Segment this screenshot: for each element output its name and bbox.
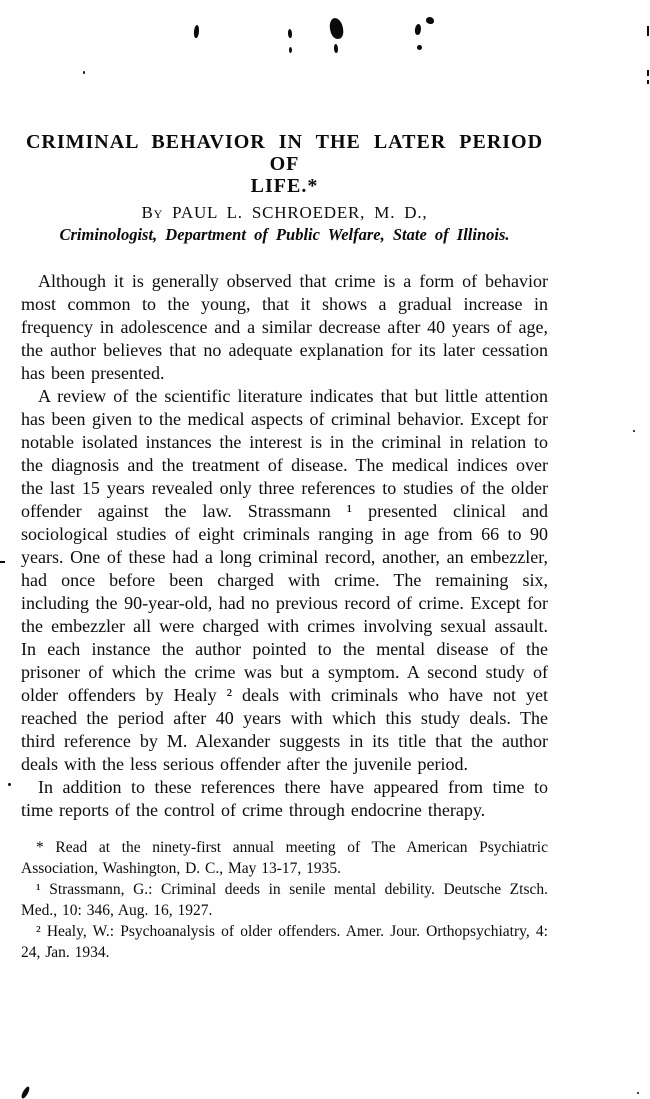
footnote-1: ¹ Strassmann, G.: Criminal deeds in seni… <box>21 879 548 921</box>
ink-speck <box>8 783 11 786</box>
ink-speck <box>426 17 434 24</box>
byline: By PAUL L. SCHROEDER, M. D., <box>21 204 548 222</box>
paragraph-1: Although it is generally observed that c… <box>21 270 548 385</box>
scanned-page: CRIMINAL BEHAVIOR IN THE LATER PERIOD OF… <box>0 0 650 1099</box>
paragraph-3: In addition to these references there ha… <box>21 776 548 822</box>
ink-speck <box>289 47 292 53</box>
footnotes: * Read at the ninety-first annual meetin… <box>21 837 548 963</box>
page-edge-mark <box>647 70 649 76</box>
page-edge-mark <box>647 80 649 84</box>
ink-speck <box>637 1092 639 1094</box>
article-title: CRIMINAL BEHAVIOR IN THE LATER PERIOD OF… <box>21 131 548 197</box>
ink-speck <box>417 45 422 50</box>
paragraph-2: A review of the scientific literature in… <box>21 385 548 776</box>
ink-smudge <box>20 1086 31 1099</box>
title-line-2: LIFE.* <box>21 175 548 197</box>
page-edge-mark <box>647 26 649 36</box>
footnote-2: ² Healy, W.: Psychoanalysis of older off… <box>21 921 548 963</box>
ink-smudge <box>288 29 292 38</box>
footnote-asterisk: * Read at the ninety-first annual meetin… <box>21 837 548 879</box>
ink-speck <box>83 71 85 74</box>
article-column: CRIMINAL BEHAVIOR IN THE LATER PERIOD OF… <box>21 0 548 963</box>
ink-speck <box>633 430 635 432</box>
title-line-1: CRIMINAL BEHAVIOR IN THE LATER PERIOD OF <box>21 131 548 175</box>
ink-speck <box>50 946 52 948</box>
article-body: Although it is generally observed that c… <box>21 270 548 822</box>
ink-speck <box>334 44 338 53</box>
affiliation: Criminologist, Department of Public Welf… <box>21 226 548 244</box>
ink-speck <box>0 561 5 563</box>
